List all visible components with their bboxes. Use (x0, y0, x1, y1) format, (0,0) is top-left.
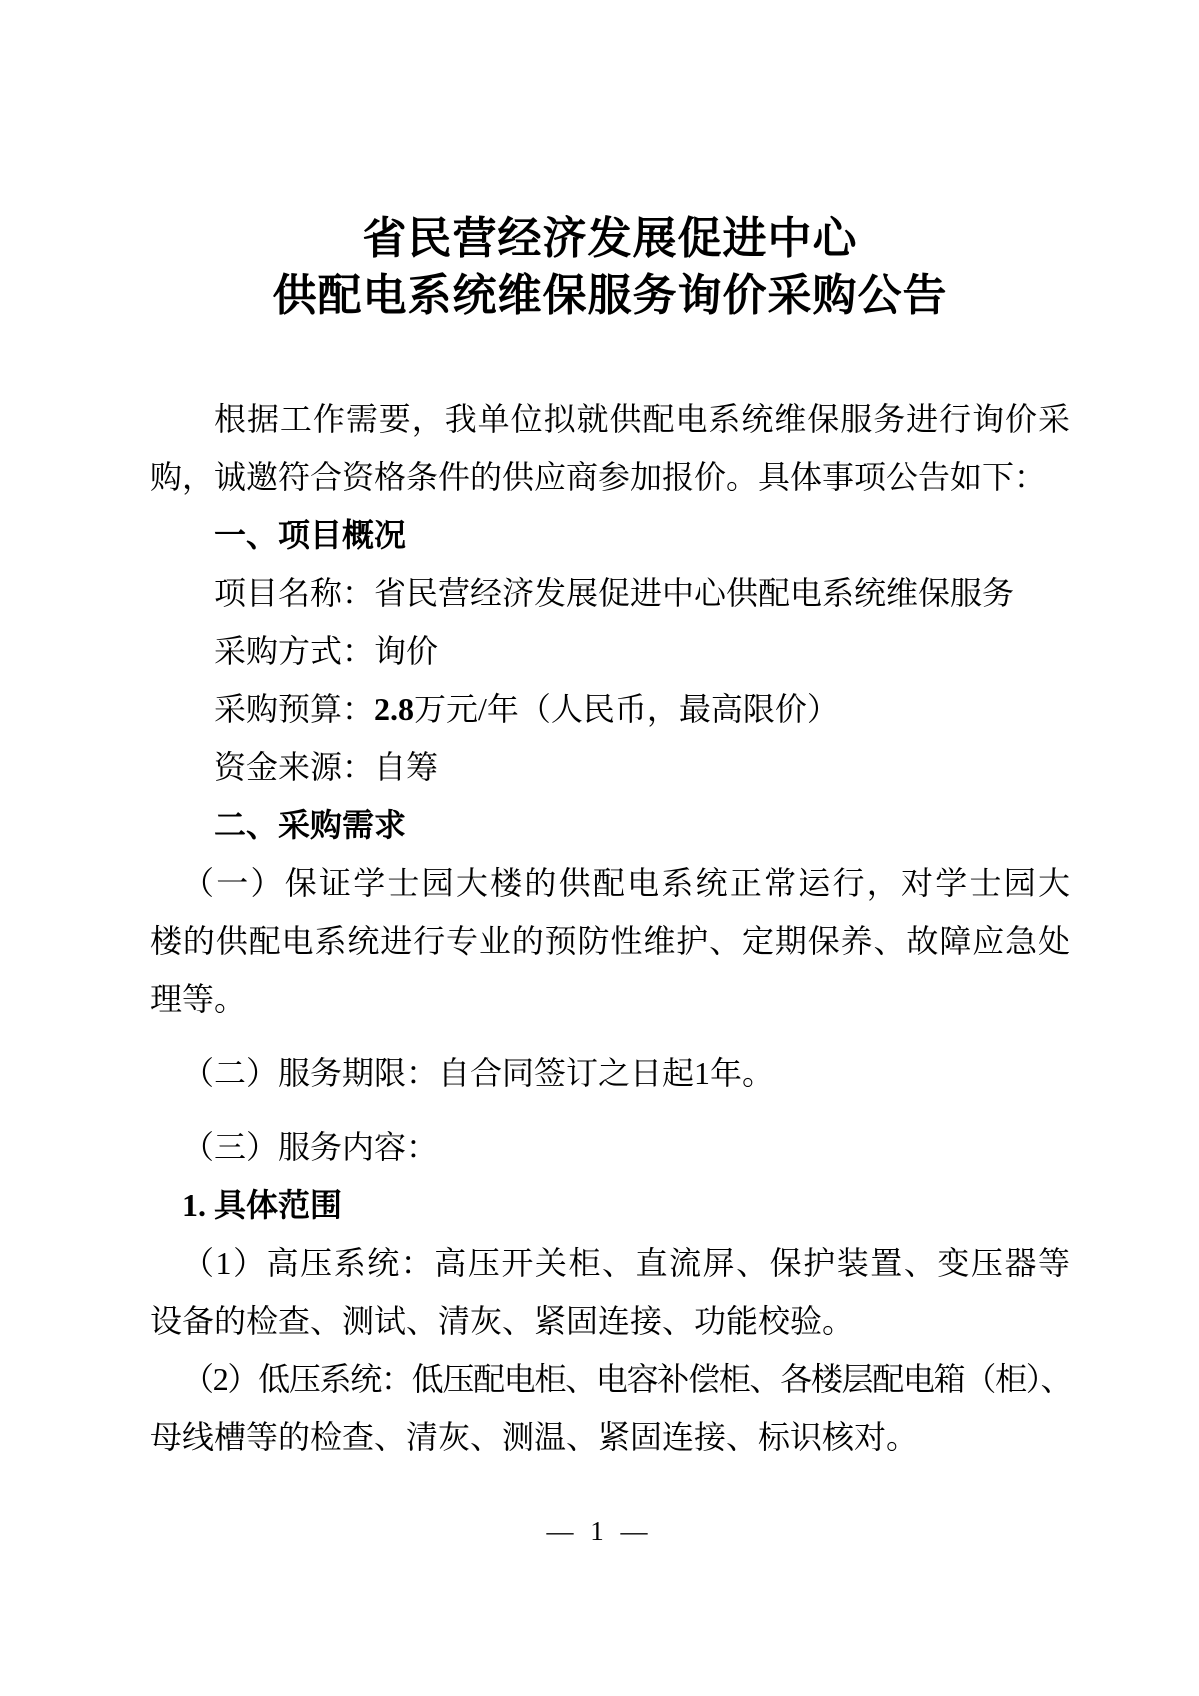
budget-suffix: 万元/年（人民币，最高限价） (414, 691, 839, 727)
page-number: — 1 — (0, 1516, 1199, 1547)
scope-2-line-2: 母线槽等的检查、清灰、测温、紧固连接、标识核对。 (150, 1408, 1070, 1466)
budget-value: 2.8 (374, 691, 414, 727)
document-title: 省民营经济发展促进中心 供配电系统维保服务询价采购公告 (150, 0, 1070, 324)
document-content: 省民营经济发展促进中心 供配电系统维保服务询价采购公告 根据工作需要，我单位拟就… (150, 0, 1070, 1466)
field-procurement-method: 采购方式：询价 (150, 622, 1070, 680)
scope-2-line-1: （2）低压系统：低压配电柜、电容补偿柜、各楼层配电箱（柜）、 (150, 1350, 1070, 1408)
scope-1-line-1: （1）高压系统：高压开关柜、直流屏、保护装置、变压器等 (150, 1234, 1070, 1292)
scope-1-line-2: 设备的检查、测试、清灰、紧固连接、功能校验。 (150, 1292, 1070, 1350)
intro-line-2: 购，诚邀符合资格条件的供应商参加报价。具体事项公告如下： (150, 448, 1070, 506)
field-budget: 采购预算：2.8万元/年（人民币，最高限价） (150, 680, 1070, 738)
requirement-2-line: （二）服务期限：自合同签订之日起1年。 (150, 1044, 1070, 1102)
heading-procurement-requirements: 二、采购需求 (150, 796, 1070, 854)
heading-project-overview: 一、项目概况 (150, 506, 1070, 564)
budget-label: 采购预算： (214, 691, 374, 727)
heading-specific-scope: 1. 具体范围 (150, 1176, 1070, 1234)
field-project-name: 项目名称：省民营经济发展促进中心供配电系统维保服务 (150, 564, 1070, 622)
title-line-1: 省民营经济发展促进中心 (150, 210, 1070, 267)
requirement-1-line-3: 理等。 (150, 970, 1070, 1028)
title-line-2: 供配电系统维保服务询价采购公告 (150, 267, 1070, 324)
field-funding-source: 资金来源：自筹 (150, 738, 1070, 796)
intro-line-1: 根据工作需要，我单位拟就供配电系统维保服务进行询价采 (150, 390, 1070, 448)
requirement-3-line: （三）服务内容： (150, 1118, 1070, 1176)
requirement-1-line-1: （一）保证学士园大楼的供配电系统正常运行，对学士园大 (150, 854, 1070, 912)
document-page: 省民营经济发展促进中心 供配电系统维保服务询价采购公告 根据工作需要，我单位拟就… (0, 0, 1199, 1696)
document-body: 根据工作需要，我单位拟就供配电系统维保服务进行询价采 购，诚邀符合资格条件的供应… (150, 390, 1070, 1466)
requirement-1-line-2: 楼的供配电系统进行专业的预防性维护、定期保养、故障应急处 (150, 912, 1070, 970)
